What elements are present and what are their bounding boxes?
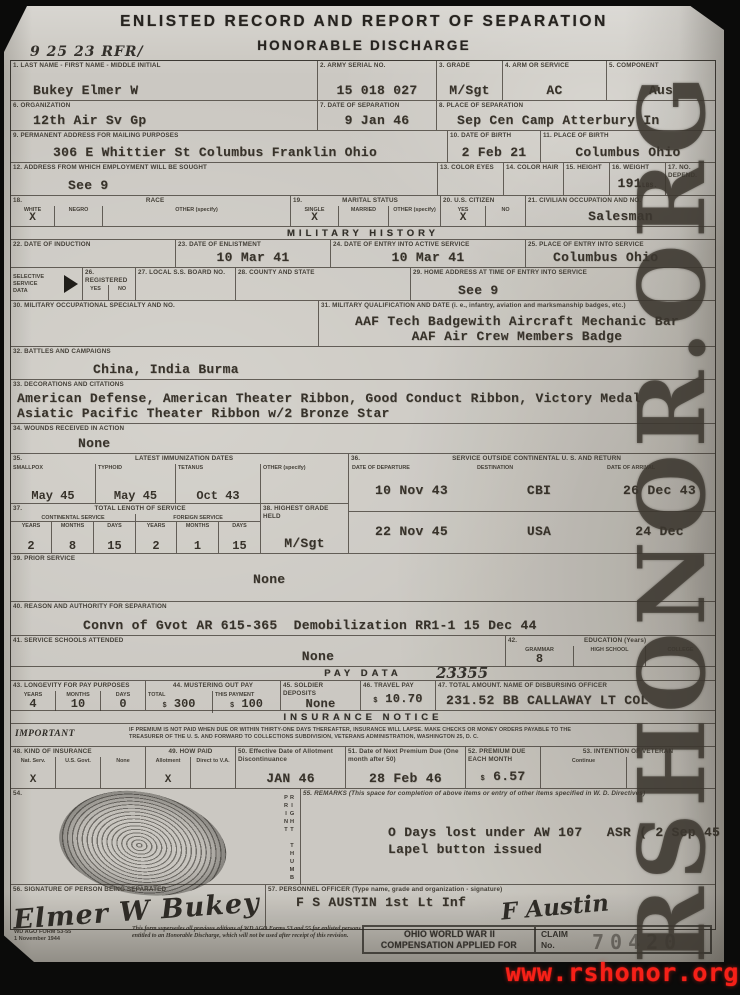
field-21-occupation: 21. CIVILIAN OCCUPATION AND NO. Salesman	[526, 196, 715, 226]
form-row: 35. LATEST IMMUNIZATION DATES SMALLPOX M…	[11, 454, 715, 554]
field-4-value: AC	[546, 84, 562, 99]
field-52-premium-due: 52. PREMIUM DUE EACH MONTH $ 6.57	[466, 747, 541, 788]
field-4-arm-service: 4. ARM OR SERVICE AC	[503, 61, 607, 100]
marital-other: OTHER (specify)	[389, 206, 440, 227]
scan-corner-top-left	[0, 0, 30, 60]
dollar-sign: $	[230, 702, 234, 710]
field-34-label: 34. WOUNDS RECEIVED IN ACTION	[13, 425, 713, 433]
field-1-value: Bukey Elmer W	[33, 84, 138, 99]
smallpox-label: SMALLPOX	[11, 464, 43, 471]
form-row: 12. ADDRESS FROM WHICH EMPLOYMENT WILL B…	[11, 163, 715, 196]
document-title: ENLISTED RECORD AND REPORT OF SEPARATION	[4, 13, 724, 31]
longevity-days: DAYS 0	[101, 691, 145, 711]
paper-sheet: 9 25 23 RFR/ ENLISTED RECORD AND REPORT …	[4, 6, 724, 962]
field-41-service-schools: 41. SERVICE SCHOOLS ATTENDED None	[11, 636, 506, 666]
field-50-value: JAN 46	[266, 772, 315, 787]
stamp-line2: COMPENSATION APPLIED FOR	[381, 940, 517, 951]
race-white-mark: X	[29, 213, 36, 226]
field-3-label: 3. GRADE	[439, 62, 500, 70]
immunization-tetanus: TETANUS Oct 43	[176, 464, 261, 504]
field-35-number: 35.	[13, 455, 22, 463]
field-46-value: $ 10.70	[373, 692, 423, 709]
continue-label: Continue	[572, 757, 595, 764]
field-19-columns: SINGLE X MARRIED OTHER (specify)	[291, 206, 440, 227]
foreign-months: MONTHS 1	[177, 522, 219, 553]
citizen-yes-mark: X	[460, 213, 467, 226]
field-9-label: 9. PERMANENT ADDRESS FOR MAILING PURPOSE…	[13, 132, 445, 140]
field-49-label: 49. HOW PAID	[148, 748, 233, 756]
field-7-value: 9 Jan 46	[345, 114, 410, 129]
field-31-label: 31. MILITARY QUALIFICATION AND DATE (i. …	[321, 302, 713, 310]
mustering-this-payment: THIS PAYMENT $ 100	[213, 691, 280, 713]
field-27-board-no: 27. LOCAL S.S. BOARD NO.	[136, 268, 236, 300]
dollar-sign: $	[480, 775, 485, 783]
field-19-header: 19. MARITAL STATUS	[291, 196, 440, 206]
field-37-number: 37.	[13, 505, 22, 513]
field-14-label: 14. COLOR HAIR	[506, 164, 561, 172]
field-53-columns: Continue	[541, 757, 715, 789]
handwritten-pay-note: 23355	[436, 664, 488, 682]
field-16-weight: 16. WEIGHT 191LBS.	[610, 163, 666, 195]
intention-continue: Continue	[541, 757, 627, 789]
field-44-mustering-out: 44. MUSTERING OUT PAY TOTAL $ 300 THIS P…	[146, 681, 281, 710]
field-33-decorations: 33. DECORATIONS AND CITATIONS American D…	[11, 380, 715, 423]
form-row: 40. REASON AND AUTHORITY FOR SEPARATION …	[11, 602, 715, 636]
form-row: SELECTIVE SERVICE DATA 26. REGISTERED YE…	[11, 268, 715, 301]
ss-line1: SELECTIVE	[13, 274, 44, 281]
destination-2: USA	[474, 525, 604, 540]
field-18-number: 18.	[13, 197, 22, 205]
field-10-label: 10. DATE OF BIRTH	[450, 132, 538, 140]
insurance-notice-title: INSURANCE NOTICE	[283, 712, 442, 723]
longevity-years: YEARS 4	[11, 691, 56, 711]
field-13-color-eyes: 13. COLOR EYES	[438, 163, 504, 195]
longevity-years-value: 4	[29, 698, 36, 711]
form-row: 43. LONGEVITY FOR PAY PURPOSES YEARS 4 M…	[11, 681, 715, 711]
continental-label: CONTINENTAL SERVICE	[11, 514, 135, 522]
field-55-line2: Lapel button issued	[388, 843, 542, 858]
days-label: DAYS	[107, 522, 121, 529]
field-18-columns: WHITE X NEGRO OTHER (specify)	[11, 206, 290, 227]
continental-months-value: 8	[69, 540, 76, 553]
field-1-label: 1. LAST NAME - FIRST NAME - MIDDLE INITI…	[13, 62, 315, 70]
field-25-place-entry: 25. PLACE OF ENTRY INTO SERVICE Columbus…	[526, 240, 715, 267]
field-26-registered: 26. REGISTERED YES NO	[83, 268, 136, 300]
field-24-value: 10 Mar 41	[392, 251, 465, 266]
field-34-wounds: 34. WOUNDS RECEIVED IN ACTION None	[11, 424, 715, 453]
field-28-label: 28. COUNTY AND STATE	[238, 269, 408, 277]
field-42-education: 42. EDUCATION (Years) GRAMMAR 8 HIGH SCH…	[506, 636, 715, 666]
years-label: YEARS	[147, 522, 166, 529]
field-28-county-state: 28. COUNTY AND STATE	[236, 268, 411, 300]
continental-months: MONTHS 8	[52, 522, 94, 553]
field-18-title: RACE	[22, 197, 288, 205]
foreign-years-value: 2	[152, 540, 159, 553]
field-25-label: 25. PLACE OF ENTRY INTO SERVICE	[528, 241, 713, 249]
field-44-columns: TOTAL $ 300 THIS PAYMENT $ 100	[146, 691, 280, 713]
compensation-stamp-box: OHIO WORLD WAR II COMPENSATION APPLIED F…	[362, 925, 712, 954]
field-41-label: 41. SERVICE SCHOOLS ATTENDED	[13, 637, 503, 645]
form-row: 22. DATE OF INDUCTION 23. DATE OF ENLIST…	[11, 240, 715, 268]
field-37-groups: CONTINENTAL SERVICE YEARS 2 MONTHS	[11, 514, 260, 554]
insurance-nat-serv: Nat. Serv. X	[11, 757, 56, 789]
foreign-label: FOREIGN SERVICE	[136, 514, 260, 522]
field-19-title: MARITAL STATUS	[302, 197, 438, 205]
field-19-marital-status: 19. MARITAL STATUS SINGLE X MARRIED OTHE…	[291, 196, 441, 226]
field-5-value: Aus	[649, 84, 673, 99]
scan-corner-top-right	[682, 0, 724, 30]
typhoid-label: TYPHOID	[96, 464, 122, 471]
field-23-value: 10 Mar 41	[217, 251, 290, 266]
destination-1: CBI	[474, 484, 604, 499]
field-55-remarks: 55. REMARKS (This space for completion o…	[301, 789, 740, 884]
field-39-prior-service: 39. PRIOR SERVICE None	[11, 554, 715, 601]
field-50-label: 50. Effective Date of Allotment Disconti…	[238, 748, 343, 763]
military-history-title: MILITARY HISTORY	[287, 228, 439, 239]
field-29-home-address: 29. HOME ADDRESS AT TIME OF ENTRY INTO S…	[411, 268, 715, 300]
field-4-label: 4. ARM OR SERVICE	[505, 62, 604, 70]
field-40-label: 40. REASON AND AUTHORITY FOR SEPARATION	[13, 603, 713, 611]
field-2-label: 2. ARMY SERIAL NO.	[320, 62, 434, 70]
field-23-date-enlistment: 23. DATE OF ENLISTMENT 10 Mar 41	[176, 240, 331, 267]
field-40-value: Convn of Gvot AR 615-365 Demobilization …	[83, 619, 537, 634]
field-38-label: 38. HIGHEST GRADE HELD	[263, 505, 346, 520]
field-12-employment-address: 12. ADDRESS FROM WHICH EMPLOYMENT WILL B…	[11, 163, 438, 195]
field-10-value: 2 Feb 21	[462, 146, 527, 161]
officer-signature: F Austin	[500, 889, 610, 925]
continental-service: CONTINENTAL SERVICE YEARS 2 MONTHS	[11, 514, 136, 554]
race-negro-label: NEGRO	[69, 206, 89, 213]
direct-va-label: Direct to V.A.	[196, 757, 229, 764]
form-row: 56. SIGNATURE OF PERSON BEING SEPARATED …	[11, 885, 715, 929]
total-label: TOTAL	[146, 691, 165, 698]
months-label: MONTHS	[61, 522, 84, 529]
field-21-value: Salesman	[588, 210, 653, 225]
field-49-how-paid: 49. HOW PAID Allotment X Direct to V.A.	[146, 747, 236, 788]
dollar-sign: $	[162, 702, 166, 710]
field-35-immunization: 35. LATEST IMMUNIZATION DATES SMALLPOX M…	[11, 454, 348, 504]
registered-yes-label: YES	[90, 285, 101, 292]
form-row: 34. WOUNDS RECEIVED IN ACTION None	[11, 424, 715, 454]
important-text: IF PREMIUM IS NOT PAID WHEN DUE OR WITHI…	[129, 727, 707, 741]
nat-serv-label: Nat. Serv.	[21, 757, 45, 764]
field-30-label: 30. MILITARY OCCUPATIONAL SPECIALTY AND …	[13, 302, 316, 310]
section-insurance-notice: INSURANCE NOTICE	[11, 711, 715, 724]
weight-unit: LBS.	[642, 182, 658, 189]
field-5-component: 5. COMPONENT Aus	[607, 61, 715, 100]
field-31-value-line1: AAF Tech Badgewith Aircraft Mechanic Bar	[355, 315, 679, 330]
registered-yes: YES	[83, 285, 109, 300]
longevity-months-value: 10	[71, 698, 85, 711]
field-20-columns: YES X NO	[441, 206, 525, 227]
insurance-important-row: IMPORTANT IF PREMIUM IS NOT PAID WHEN DU…	[11, 724, 715, 747]
field-20-label: 20. U.S. CITIZEN	[443, 197, 494, 205]
field-36-row2: 22 Nov 45 USA 24 Dec	[349, 511, 715, 553]
field-26-label: 26. REGISTERED	[85, 269, 133, 284]
field-16-label: 16. WEIGHT	[612, 164, 663, 172]
marital-married: MARRIED	[339, 206, 389, 227]
field-38-highest-grade: 38. HIGHEST GRADE HELD M/Sgt	[261, 504, 348, 553]
weight-number: 191	[618, 176, 642, 191]
foreign-months-value: 1	[194, 540, 201, 553]
field-13-label: 13. COLOR EYES	[440, 164, 501, 172]
field-44-label: 44. MUSTERING OUT PAY	[148, 682, 278, 690]
field-33-value-line1: American Defense, American Theater Ribbo…	[17, 392, 641, 407]
field-40-reason-separation: 40. REASON AND AUTHORITY FOR SEPARATION …	[11, 602, 715, 635]
claim-box: CLAIM No. 70420	[536, 927, 710, 952]
field-35-title: LATEST IMMUNIZATION DATES	[22, 455, 346, 463]
field-14-color-hair: 14. COLOR HAIR	[504, 163, 564, 195]
stamp-line1: OHIO WORLD WAR II	[403, 929, 494, 940]
form-row: 18. RACE WHITE X NEGRO OTHER (specify)	[11, 196, 715, 227]
field-29-value: See 9	[458, 284, 499, 299]
field-52-label: 52. PREMIUM DUE EACH MONTH	[468, 748, 538, 763]
ohio-compensation-stamp: OHIO WORLD WAR II COMPENSATION APPLIED F…	[364, 927, 536, 952]
paid-direct-va: Direct to V.A.	[191, 757, 235, 789]
paid-allotment: Allotment X	[146, 757, 191, 789]
field-15-height: 15. HEIGHT	[564, 163, 610, 195]
scan-edge-top	[0, 0, 740, 6]
field-17-label: 17. NO. DEPEND.	[668, 164, 713, 179]
field-30-specialty: 30. MILITARY OCCUPATIONAL SPECIALTY AND …	[11, 301, 319, 346]
field-48-kind-insurance: 48. KIND OF INSURANCE Nat. Serv. X U.S. …	[11, 747, 146, 788]
field-45-value: None	[305, 697, 335, 712]
us-govt-label: U.S. Govt.	[65, 757, 91, 764]
field-31-qualification: 31. MILITARY QUALIFICATION AND DATE (i. …	[319, 301, 715, 346]
field-32-battles: 32. BATTLES AND CAMPAIGNS China, India B…	[11, 347, 715, 379]
foreign-days-value: 15	[232, 540, 246, 553]
officer-typed-name: F S AUSTIN 1st Lt Inf	[296, 896, 466, 911]
arrival-2: 24 Dec	[604, 525, 715, 540]
foreign-service: FOREIGN SERVICE YEARS 2 MONTHS	[136, 514, 260, 554]
continental-years-value: 2	[27, 540, 34, 553]
nat-serv-mark: X	[30, 775, 37, 788]
insurance-us-govt: U.S. Govt.	[56, 757, 101, 789]
field-42-number: 42.	[508, 637, 517, 645]
field-54-thumb-print: 54. RIGHT THUMB PRINT	[11, 789, 301, 884]
field-25-value: Columbus Ohio	[553, 251, 658, 266]
field-12-label: 12. ADDRESS FROM WHICH EMPLOYMENT WILL B…	[13, 164, 435, 172]
field-36-overseas-service: 36. SERVICE OUTSIDE CONTINENTAL U. S. AN…	[349, 454, 715, 553]
field-7-date-separation: 7. DATE OF SEPARATION 9 Jan 46	[318, 101, 437, 130]
field-22-date-induction: 22. DATE OF INDUCTION	[11, 240, 176, 267]
field-2-value: 15 018 027	[336, 84, 417, 99]
field-46-label: 46. TRAVEL PAY	[363, 682, 433, 690]
marital-single: SINGLE X	[291, 206, 339, 227]
departure-col-label: DATE OF DEPARTURE	[349, 464, 474, 471]
field-8-place-separation: 8. PLACE OF SEPARATION Sep Cen Camp Atte…	[437, 101, 715, 130]
field-39-label: 39. PRIOR SERVICE	[13, 555, 713, 563]
field-33-value-line2: Asiatic Pacific Theater Ribbon w/2 Bronz…	[17, 407, 390, 422]
field-31-value-line2: AAF Air Crew Members Badge	[412, 330, 623, 345]
field-5-label: 5. COMPONENT	[609, 62, 713, 70]
field-51-next-premium-due: 51. Date of Next Premium Due (One month …	[346, 747, 466, 788]
education-high-school: HIGH SCHOOL	[574, 646, 646, 667]
important-tag: IMPORTANT	[11, 724, 75, 746]
field-17-dependents: 17. NO. DEPEND.	[666, 163, 715, 195]
insurance-none: None	[101, 757, 145, 789]
field-29-label: 29. HOME ADDRESS AT TIME OF ENTRY INTO S…	[413, 269, 713, 277]
important-line1: IF PREMIUM IS NOT PAID WHEN DUE OR WITHI…	[129, 727, 707, 734]
pay-data-title: PAY DATA	[324, 668, 401, 679]
payment-amount: 100	[241, 697, 263, 711]
field-55-label: 55. REMARKS (This space for completion o…	[303, 790, 740, 798]
arrow-right-icon	[64, 275, 78, 293]
field-57-content: F S AUSTIN 1st Lt Inf F Austin	[268, 894, 713, 921]
years-label: YEARS	[22, 522, 41, 529]
field-39-value: None	[253, 573, 285, 588]
field-47-disbursing-officer: 47. TOTAL AMOUNT. NAME OF DISBURSING OFF…	[436, 681, 715, 710]
field-50-allotment-discontinuance: 50. Effective Date of Allotment Disconti…	[236, 747, 346, 788]
field-33-label: 33. DECORATIONS AND CITATIONS	[13, 381, 713, 389]
field-56-signature: 56. SIGNATURE OF PERSON BEING SEPARATED …	[11, 885, 266, 929]
tetanus-value: Oct 43	[196, 490, 239, 503]
field-36-number: 36.	[351, 455, 360, 463]
field-47-value: 231.52 BB CALLAWAY LT COL	[446, 694, 649, 709]
field-18-race: 18. RACE WHITE X NEGRO OTHER (specify)	[11, 196, 291, 226]
field-45-soldier-deposits: 45. SOLDIER DEPOSITS None	[281, 681, 361, 710]
departure-2: 22 Nov 45	[349, 525, 474, 540]
selective-service-label: SELECTIVE SERVICE DATA	[13, 269, 44, 299]
form-row: 33. DECORATIONS AND CITATIONS American D…	[11, 380, 715, 424]
registered-no-label: NO	[118, 285, 126, 292]
field-21-label: 21. CIVILIAN OCCUPATION AND NO.	[528, 197, 713, 205]
field-9-value: 306 E Whittier St Columbus Franklin Ohio	[53, 146, 377, 161]
field-51-value: 28 Feb 46	[369, 772, 442, 787]
race-negro: NEGRO	[55, 206, 103, 227]
field-57-personnel-officer: 57. PERSONNEL OFFICER (Type name, grade …	[266, 885, 715, 929]
immunization-typhoid: TYPHOID May 45	[96, 464, 176, 504]
scanned-discharge-document: 9 25 23 RFR/ ENLISTED RECORD AND REPORT …	[0, 0, 740, 995]
field-48-columns: Nat. Serv. X U.S. Govt. None	[11, 757, 145, 789]
arrival-1: 26 Dec 43	[604, 484, 715, 499]
immunization-smallpox: SMALLPOX May 45	[11, 464, 96, 504]
field-18-header: 18. RACE	[11, 196, 290, 206]
citizen-no: NO	[486, 206, 525, 227]
field-11-value: Columbus Ohio	[575, 146, 680, 161]
form-row: 6. ORGANIZATION 12th Air Sv Gp 7. DATE O…	[11, 101, 715, 131]
destination-col-label: DESTINATION	[474, 464, 604, 471]
field-41-value: None	[302, 650, 334, 665]
field-42-title: EDUCATION (Years)	[517, 637, 713, 645]
field-57-label: 57. PERSONNEL OFFICER (Type name, grade …	[268, 886, 713, 894]
left-service-block: 35. LATEST IMMUNIZATION DATES SMALLPOX M…	[11, 454, 349, 553]
field-36-row1: 10 Nov 43 CBI 26 Dec 43	[349, 471, 715, 512]
field-20-citizen: 20. U.S. CITIZEN YES X NO	[441, 196, 526, 226]
field-48-label: 48. KIND OF INSURANCE	[13, 748, 92, 756]
citizen-no-label: NO	[501, 206, 509, 213]
allotment-mark: X	[165, 775, 172, 788]
none-label: None	[116, 757, 129, 764]
field-23-label: 23. DATE OF ENLISTMENT	[178, 241, 328, 249]
field-6-label: 6. ORGANIZATION	[13, 102, 315, 110]
field-24-label: 24. DATE OF ENTRY INTO ACTIVE SERVICE	[333, 241, 523, 249]
ss-line2: SERVICE	[13, 281, 44, 288]
high-school-label: HIGH SCHOOL	[590, 646, 628, 653]
scan-corner-bottom-left	[0, 932, 34, 962]
field-3-grade: 3. GRADE M/Sgt	[437, 61, 503, 100]
marital-married-label: MARRIED	[351, 206, 376, 213]
field-3-value: M/Sgt	[449, 84, 490, 99]
allotment-label: Allotment	[156, 757, 181, 764]
field-49-columns: Allotment X Direct to V.A.	[146, 757, 235, 789]
form-row: 30. MILITARY OCCUPATIONAL SPECIALTY AND …	[11, 301, 715, 347]
travel-pay-amount: 10.70	[385, 692, 423, 706]
claim-number-stamp: 70420	[592, 930, 682, 954]
continental-years: YEARS 2	[11, 522, 52, 553]
selective-service-data: SELECTIVE SERVICE DATA	[11, 268, 83, 300]
other-immunization-label: OTHER (specify)	[261, 464, 306, 471]
field-15-label: 15. HEIGHT	[566, 164, 607, 172]
race-other-label: OTHER (specify)	[175, 206, 218, 213]
field-51-label: 51. Date of Next Premium Due (One month …	[348, 748, 463, 763]
education-college: COLLEGE	[646, 646, 715, 667]
field-8-value: Sep Cen Camp Atterbury In	[457, 114, 660, 129]
field-53-intention-veteran: 53. INTENTION OF VETERAN Continue	[541, 747, 715, 788]
field-1-name: 1. LAST NAME - FIRST NAME - MIDDLE INITI…	[11, 61, 318, 100]
field-43-label: 43. LONGEVITY FOR PAY PURPOSES	[13, 682, 130, 690]
field-35-columns: SMALLPOX May 45 TYPHOID May 45 TETANUS O…	[11, 464, 348, 504]
form-footer: WD AGO FORM 53-55 1 November 1944 This f…	[10, 925, 716, 959]
field-46-travel-pay: 46. TRAVEL PAY $ 10.70	[361, 681, 436, 710]
college-label: COLLEGE	[667, 646, 693, 653]
grammar-value: 8	[536, 653, 543, 666]
field-53-label: 53. INTENTION OF VETERAN	[543, 748, 713, 756]
field-12-value: See 9	[68, 179, 109, 194]
field-43-longevity: 43. LONGEVITY FOR PAY PURPOSES YEARS 4 M…	[11, 681, 146, 710]
form-row: 9. PERMANENT ADDRESS FOR MAILING PURPOSE…	[11, 131, 715, 163]
scan-edge-right	[724, 0, 740, 995]
claim-label: CLAIM	[541, 929, 568, 939]
tetanus-label: TETANUS	[176, 464, 203, 471]
field-32-label: 32. BATTLES AND CAMPAIGNS	[13, 348, 713, 356]
days-label: DAYS	[232, 522, 246, 529]
field-37-title: TOTAL LENGTH OF SERVICE	[22, 505, 258, 513]
field-26-columns: YES NO	[83, 285, 135, 300]
continental-days-value: 15	[107, 540, 121, 553]
field-32-value: China, India Burma	[93, 363, 239, 378]
immunization-other: OTHER (specify)	[261, 464, 348, 504]
field-24-date-active-service: 24. DATE OF ENTRY INTO ACTIVE SERVICE 10…	[331, 240, 526, 267]
smallpox-value: May 45	[31, 490, 74, 503]
premium-amount: 6.57	[493, 769, 525, 784]
field-42-columns: GRAMMAR 8 HIGH SCHOOL COLLEGE	[506, 646, 715, 667]
field-55-line1: O Days lost under AW 107 ASR ( 2 Sep 45 …	[388, 826, 740, 841]
right-thumb-print-label: RIGHT THUMB PRINT	[283, 795, 295, 884]
field-8-label: 8. PLACE OF SEPARATION	[439, 102, 713, 110]
field-2-serial: 2. ARMY SERIAL NO. 15 018 027	[318, 61, 437, 100]
section-pay-data: PAY DATA 23355	[11, 667, 715, 681]
field-20-header: 20. U.S. CITIZEN	[441, 196, 525, 206]
field-22-label: 22. DATE OF INDUCTION	[13, 241, 173, 249]
longevity-days-value: 0	[119, 698, 126, 711]
total-amount: 300	[174, 697, 196, 711]
marital-single-mark: X	[311, 213, 318, 226]
form-row: 1. LAST NAME - FIRST NAME - MIDDLE INITI…	[11, 61, 715, 101]
field-34-value: None	[78, 437, 110, 452]
education-grammar: GRAMMAR 8	[506, 646, 574, 667]
section-military-history: MILITARY HISTORY	[11, 227, 715, 240]
form-row: 54. RIGHT THUMB PRINT 55. REMARKS (This …	[11, 789, 715, 885]
claim-no-label: No.	[541, 940, 555, 950]
form-row: 32. BATTLES AND CAMPAIGNS China, India B…	[11, 347, 715, 380]
registered-no: NO	[109, 285, 135, 300]
field-16-value: 191LBS.	[618, 177, 658, 194]
field-38-value: M/Sgt	[284, 537, 325, 552]
field-9-mailing-address: 9. PERMANENT ADDRESS FOR MAILING PURPOSE…	[11, 131, 448, 162]
race-other: OTHER (specify)	[103, 206, 290, 227]
field-11-place-birth: 11. PLACE OF BIRTH Columbus Ohio	[541, 131, 715, 162]
